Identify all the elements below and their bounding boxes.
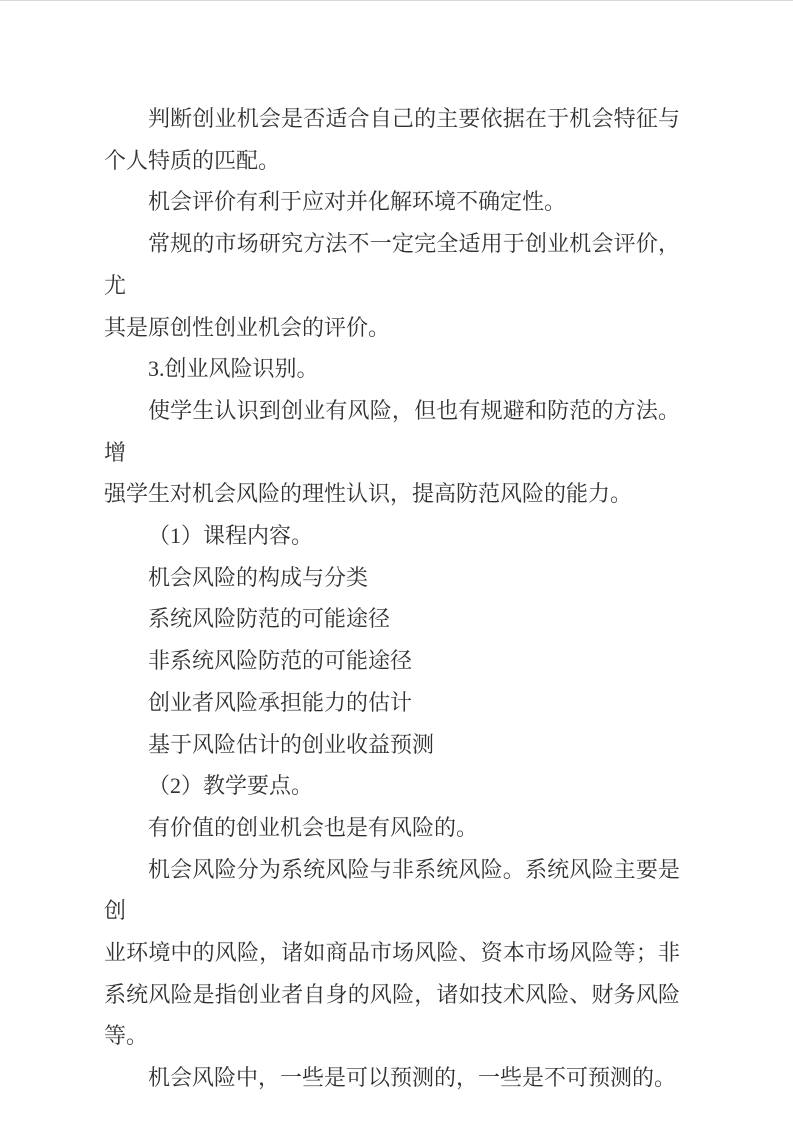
- text-line: 创业者风险承担能力的估计: [104, 682, 680, 724]
- text-line: （2）教学要点。: [104, 765, 680, 807]
- text-line: 基于风险估计的创业收益预测: [104, 724, 680, 766]
- text-line: 机会评价有利于应对并化解环境不确定性。: [104, 181, 680, 223]
- text-line: 系统风险是指创业者自身的风险，诸如技术风险、财务风险: [104, 974, 680, 1016]
- text-line: 使学生认识到创业有风险，但也有规避和防范的方法。增: [104, 390, 680, 473]
- document-page: 判断创业机会是否适合自己的主要依据在于机会特征与个人特质的匹配。机会评价有利于应…: [0, 0, 793, 1122]
- text-line: 业环境中的风险，诸如商品市场风险、资本市场风险等；非: [104, 932, 680, 974]
- text-line: 机会风险中，一些是可以预测的，一些是不可预测的。: [104, 1057, 680, 1099]
- text-line: （1）课程内容。: [104, 515, 680, 557]
- text-line: 系统风险防范的可能途径: [104, 598, 680, 640]
- text-line: 个人特质的匹配。: [104, 140, 680, 182]
- text-line: 机会风险分为系统风险与非系统风险。系统风险主要是创: [104, 849, 680, 932]
- text-line: 机会风险的构成与分类: [104, 557, 680, 599]
- text-line: 等。: [104, 1015, 680, 1057]
- text-line: 判断创业机会是否适合自己的主要依据在于机会特征与: [104, 98, 680, 140]
- text-line: 3.创业风险识别。: [104, 348, 680, 390]
- text-line: 非系统风险防范的可能途径: [104, 640, 680, 682]
- text-line: 常规的市场研究方法不一定完全适用于创业机会评价，尤: [104, 223, 680, 306]
- text-line: 有价值的创业机会也是有风险的。: [104, 807, 680, 849]
- text-line: 其是原创性创业机会的评价。: [104, 307, 680, 349]
- text-line: 强学生对机会风险的理性认识，提高防范风险的能力。: [104, 473, 680, 515]
- document-body: 判断创业机会是否适合自己的主要依据在于机会特征与个人特质的匹配。机会评价有利于应…: [104, 98, 680, 1099]
